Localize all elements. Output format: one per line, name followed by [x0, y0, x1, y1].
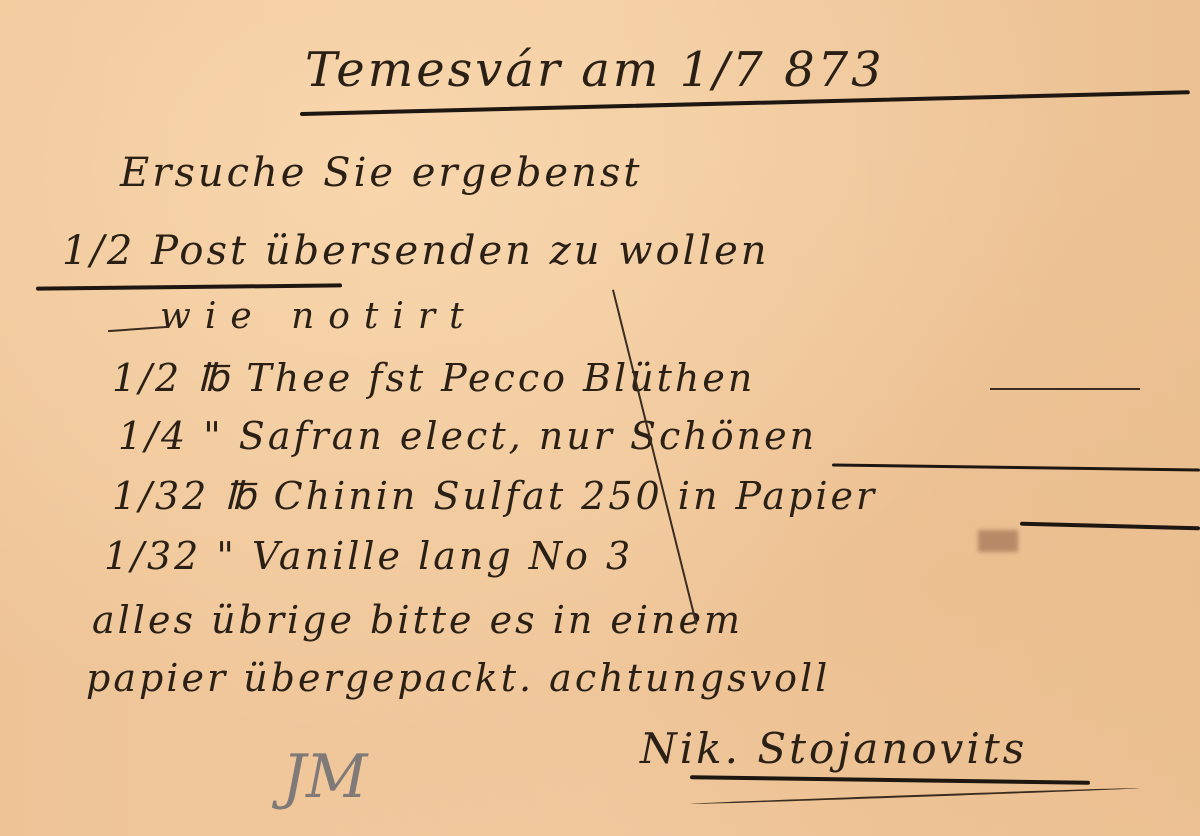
saffron-underline — [832, 463, 1200, 471]
dash-left — [108, 326, 168, 332]
quinine-underline — [1020, 522, 1200, 531]
place-date-heading: Temesvár am 1/7 873 — [305, 42, 885, 98]
body-line-2: 1/2 Post übersenden zu wollen — [62, 228, 770, 274]
body-line-closing-2: papier übergepackt. achtungsvoll — [86, 656, 830, 700]
signature: Nik. Stojanovits — [640, 724, 1027, 773]
ink-smudge — [978, 530, 1018, 552]
post-underline — [36, 283, 342, 290]
body-line-closing-1: alles übrige bitte es in einem — [92, 598, 743, 642]
item-saffron: 1/4 " Safran elect, nur Schönen — [118, 414, 817, 458]
item-quinine: 1/32 ℔ Chinin Sulfat 250 in Papier — [112, 474, 877, 518]
item-tea: 1/2 ℔ Thee fst Pecco Blüthen — [112, 356, 755, 400]
signature-flourish — [690, 787, 1140, 805]
pencil-mark: JM — [282, 742, 368, 812]
body-line-3: wie notirt — [160, 296, 478, 337]
body-line-1: Ersuche Sie ergebenst — [120, 150, 642, 196]
signature-underline — [690, 775, 1090, 785]
tea-dash — [990, 388, 1140, 390]
item-vanilla: 1/32 " Vanille lang No 3 — [104, 534, 633, 578]
postcard-paper: Temesvár am 1/7 873 Ersuche Sie ergebens… — [0, 0, 1200, 836]
